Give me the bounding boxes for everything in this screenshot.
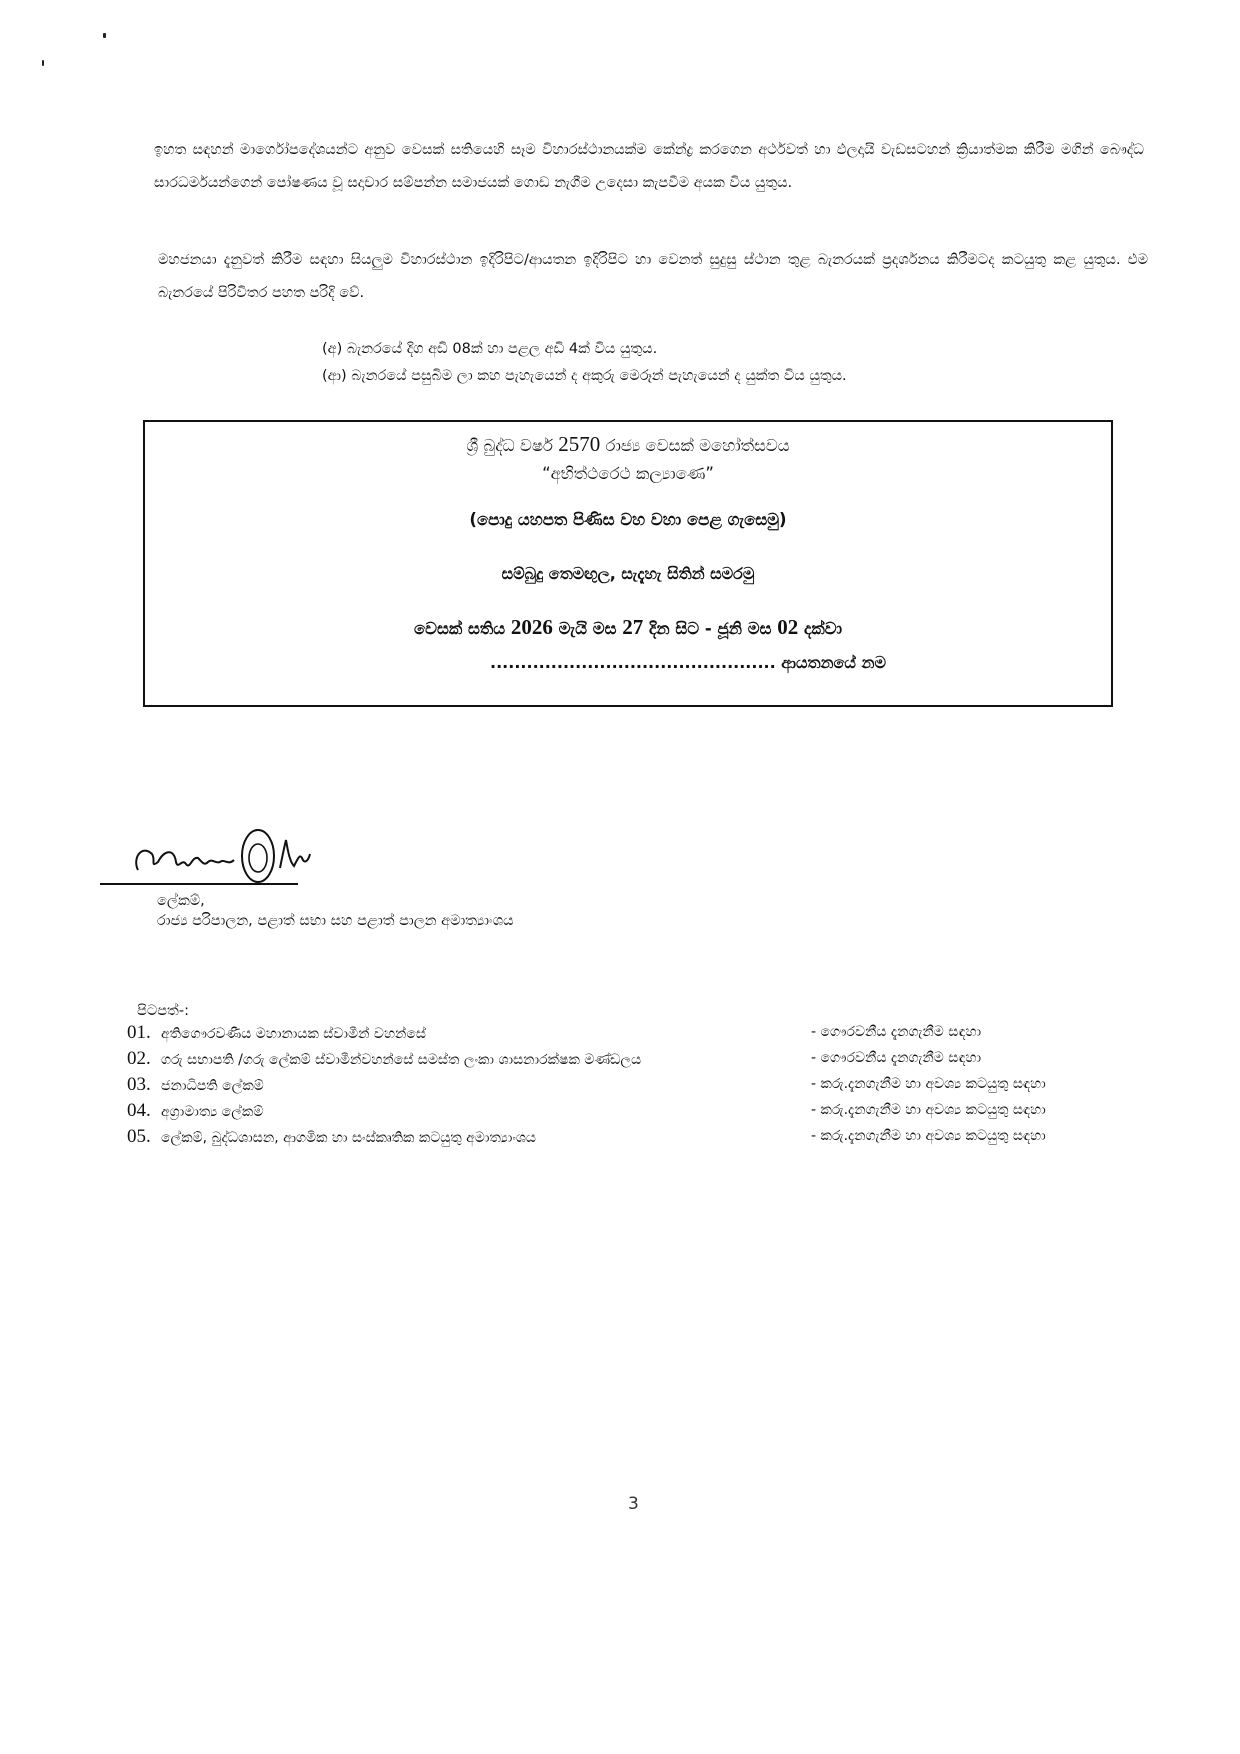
signatory-title: ලේකම්,: [157, 893, 205, 909]
banner-spec-size: (අ) බැනරයේ දිග අඩි 08ක් හා පළල අඩි 4ක් ව…: [322, 341, 657, 357]
banner-sample-box: ශ්‍රී බුද්ධ වර්ෂ 2570 රාජ්‍ය වෙසක් මහෝත්…: [143, 420, 1113, 707]
list-item: 02.ගරු සභාපති /ගරු ලේකම් ස්වාමීන්වහන්සේ …: [127, 1048, 1127, 1074]
banner-buddhist-year: 2570: [558, 432, 600, 456]
signatory-organization: රාජ්‍ය පරිපාලන, පළාත් සභා සහ පළාත් පාලන …: [157, 913, 514, 929]
signature-line: [100, 883, 298, 885]
scan-mark: [42, 60, 44, 66]
list-item: 01.අතිගෞරවණීය මහානායක ස්වාමීන් වහන්සේ - …: [127, 1022, 1127, 1048]
copies-heading: පිටපත්-:: [137, 1003, 189, 1019]
banner-spec-colors: (ආ) බැනරයේ පසුබිම ලා කහ පැහැයෙන් ද අකුරු…: [322, 368, 847, 384]
banner-theme: “අභිත්ථරෙථ කල්‍යාණෙ”: [145, 464, 1111, 484]
paragraph-banner-display: මහජනයා දැනුවත් කිරීම සඳහා සියලුම විහාරස්…: [158, 244, 1148, 310]
signature: [130, 818, 430, 888]
page-number: 3: [628, 1494, 639, 1514]
banner-institution-name: ........................................…: [265, 653, 1111, 673]
list-item: 03.ජනාධිපති ලේකම් - කරු.දැනගැනීම හා අවශ්…: [127, 1074, 1127, 1100]
copies-list: 01.අතිගෞරවණීය මහානායක ස්වාමීන් වහන්සේ - …: [127, 1022, 1127, 1152]
list-item: 05.ලේකම්, බුද්ධශාසන, ආගමික හා සංස්කෘතික …: [127, 1126, 1127, 1152]
banner-celebration-line: සම්බුදු තෙමඟුල, සැදැහැ සිතින් සමරමු: [145, 564, 1111, 584]
banner-dates: වෙසක් සතිය 2026 මැයි මස 27 දින සිට - ජූන…: [145, 615, 1111, 640]
list-item: 04.අග්‍රාමාත්‍ය ලේකම් - කරු.දැනගැනීම හා …: [127, 1100, 1127, 1126]
institution-name-blank: ........................................…: [490, 653, 776, 672]
banner-slogan: (පොදු යහපත පිණිස වහ වහා පෙළ ගැසෙමු): [145, 510, 1111, 530]
banner-title: ශ්‍රී බුද්ධ වර්ෂ 2570 රාජ්‍ය වෙසක් මහෝත්…: [145, 432, 1111, 457]
paragraph-guidelines: ඉහත සඳහන් මාර්ගෝපදේශයන්ට අනුව වෙසක් සතිය…: [154, 134, 1144, 200]
scan-mark: [103, 33, 106, 38]
